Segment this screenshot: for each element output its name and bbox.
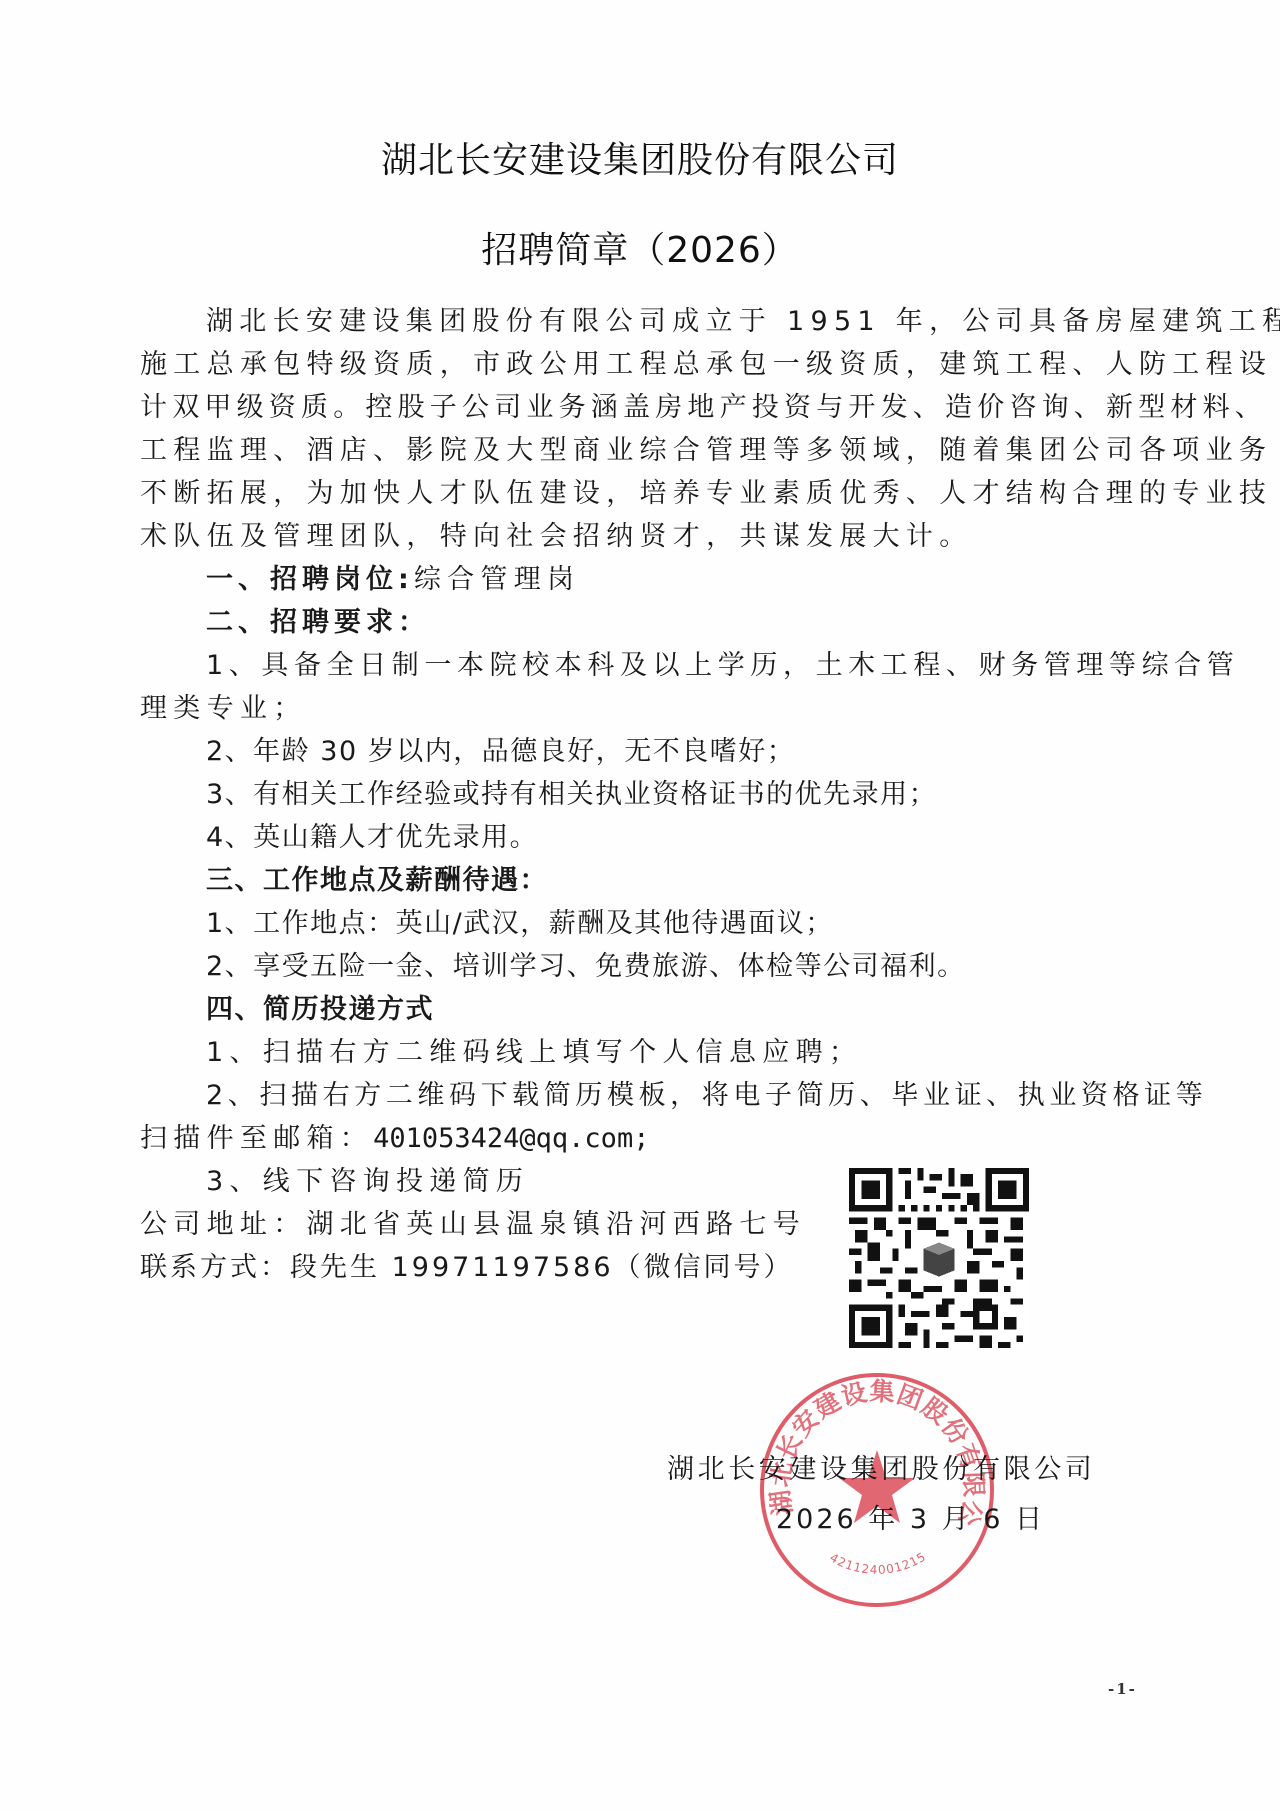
qr-code[interactable] (848, 1168, 1030, 1348)
benefit-item: 1、工作地点：英山/武汉，薪酬及其他待遇面议； (140, 902, 1150, 945)
company-seal-stamp: 湖北长安建设集团股份有限公司 4211240012151 (757, 1370, 997, 1610)
document-page: 湖北长安建设集团股份有限公司 招聘简章（2026） 湖北长安建设集团股份有限公司… (0, 0, 1280, 1810)
section-heading: 一、招聘岗位: (206, 564, 414, 595)
intro-line: 湖北长安建设集团股份有限公司成立于 1951 年，公司具备房屋建筑工程 (140, 300, 1150, 343)
requirement-item: 2、年龄 30 岁以内，品德良好，无不良嗜好； (140, 730, 1150, 773)
document-subtitle: 招聘简章（2026） (0, 222, 1280, 273)
address-label: 公司地址： (140, 1209, 307, 1240)
signature-company: 湖北长安建设集团股份有限公司 (667, 1447, 1095, 1486)
intro-line: 术队伍及管理团队，特向社会招纳贤才，共谋发展大计。 (140, 515, 1150, 558)
requirement-item: 1、具备全日制一本院校本科及以上学历，土木工程、财务管理等综合管 (140, 644, 1150, 687)
section-heading: 二、招聘要求： (140, 601, 1150, 644)
intro-line: 工程监理、酒店、影院及大型商业综合管理等多领域，随着集团公司各项业务 (140, 429, 1150, 472)
page-number: -1- (1108, 1680, 1137, 1698)
contact-label: 联系方式： (140, 1252, 290, 1283)
section-heading: 三、工作地点及薪酬待遇： (140, 859, 1150, 902)
section-heading: 四、简历投递方式 (140, 988, 1150, 1031)
application-item: 1、扫描右方二维码线上填写个人信息应聘； (140, 1031, 1150, 1074)
email-label: 扫描件至邮箱： (140, 1123, 373, 1154)
address-value: 湖北省英山县温泉镇沿河西路七号 (307, 1209, 807, 1240)
benefit-item: 2、享受五险一金、培训学习、免费旅游、体检等公司福利。 (140, 945, 1150, 988)
signature-date: 2026 年 3 月 6 日 (776, 1497, 1045, 1536)
application-item: 2、扫描右方二维码下载简历模板，将电子简历、毕业证、执业资格证等 (140, 1074, 1150, 1117)
intro-line: 不断拓展，为加快人才队伍建设，培养专业素质优秀、人才结构合理的专业技 (140, 472, 1150, 515)
section-positions: 一、招聘岗位:综合管理岗 (140, 558, 1150, 601)
intro-line: 计双甲级资质。控股子公司业务涵盖房地产投资与开发、造价咨询、新型材料、 (140, 386, 1150, 429)
document-body: 湖北长安建设集团股份有限公司成立于 1951 年，公司具备房屋建筑工程 施工总承… (140, 300, 1150, 1289)
intro-line: 施工总承包特级资质，市政公用工程总承包一级资质，建筑工程、人防工程设 (140, 343, 1150, 386)
contact-value: 段先生 19971197586（微信同号） (290, 1252, 794, 1283)
email-link[interactable]: 401053424@qq.com; (373, 1123, 649, 1154)
requirement-item: 理类专业； (140, 687, 1150, 730)
requirement-item: 4、英山籍人才优先录用。 (140, 816, 1150, 859)
position-value: 综合管理岗 (414, 564, 581, 595)
requirement-item: 3、有相关工作经验或持有相关执业资格证书的优先录用； (140, 773, 1150, 816)
application-item: 扫描件至邮箱：401053424@qq.com; (140, 1117, 1150, 1160)
company-title: 湖北长安建设集团股份有限公司 (0, 132, 1280, 183)
